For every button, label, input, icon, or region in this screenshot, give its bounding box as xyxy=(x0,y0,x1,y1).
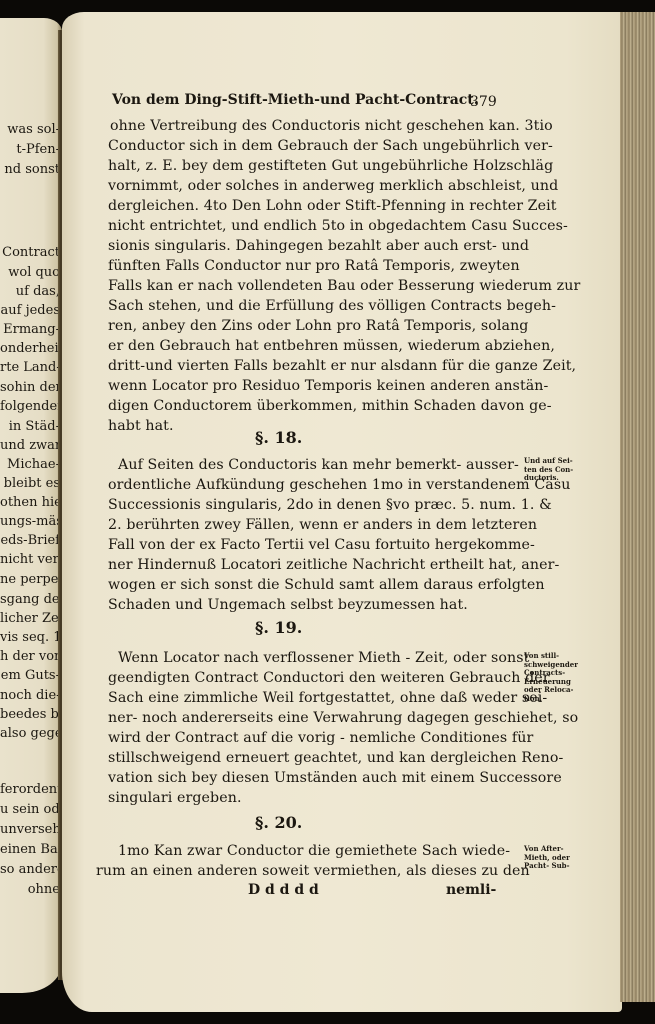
text-line: ren, anbey den Zins oder Lohn pro Ratâ T… xyxy=(108,318,528,334)
margin-note: Von After- Mieth, oder Pacht- Sub- xyxy=(524,845,570,871)
left-page-fragment: em Guts- xyxy=(0,668,60,683)
left-page-fragment: othen hie- xyxy=(0,495,60,510)
left-page-fragment: Michae- xyxy=(0,457,60,472)
left-page-fragment: was sol- xyxy=(0,122,60,137)
margin-note-line: Pacht- Sub- xyxy=(524,862,570,871)
text-line: Fall von der ex Facto Tertii vel Casu fo… xyxy=(108,537,535,553)
section-heading: §. 20. xyxy=(255,813,302,832)
text-line: 2. berührten zwey Fällen, wenn er anders… xyxy=(108,517,537,533)
text-line: Conductor sich in dem Gebrauch der Sach … xyxy=(108,138,553,154)
left-page-fragment: wol quo xyxy=(0,265,60,280)
left-page-fragment: Ermang- xyxy=(0,322,60,337)
text-line: Wenn Locator nach verflossener Mieth - Z… xyxy=(118,650,529,666)
left-page-fragment: nd sonst xyxy=(0,162,60,177)
left-page-fragment: auf jedes xyxy=(0,303,60,318)
section-heading: §. 18. xyxy=(255,428,302,447)
text-line: Successionis singularis, 2do in denen §v… xyxy=(108,497,552,513)
section-heading: §. 19. xyxy=(255,618,302,637)
page-number: 379 xyxy=(470,94,497,110)
left-page-fragment: licher Zeit xyxy=(0,611,60,626)
left-page-fragment: sohin der xyxy=(0,380,60,395)
text-line: wenn Locator pro Residuo Temporis keinen… xyxy=(108,378,548,394)
left-page-fragment: also gege- xyxy=(0,726,60,741)
left-page-fragment: sgang der xyxy=(0,592,60,607)
left-page-fragment: so anderes xyxy=(0,862,60,877)
running-title: Von dem Ding-Stift-Mieth-und Pacht-Contr… xyxy=(112,92,479,108)
left-page-fragment: bleibt es xyxy=(0,476,60,491)
margin-note: Von still- schweigender Contracts- Erneu… xyxy=(524,652,578,703)
left-page-fragment: Contract xyxy=(0,245,60,260)
left-page-fragment: u sein oder xyxy=(0,802,60,817)
text-line: ohne Vertreibung des Conductoris nicht g… xyxy=(110,118,553,134)
text-line: vation sich bey diesen Umständen auch mi… xyxy=(108,770,562,786)
left-page: was sol-t-Pfen-nd sonstContractwol quouf… xyxy=(0,18,62,993)
text-line: wird der Contract auf die vorig - nemlic… xyxy=(108,730,533,746)
text-line: stillschweigend erneuert geachtet, und k… xyxy=(108,750,563,766)
left-page-fragment: uf das, xyxy=(0,284,60,299)
text-line: vornimmt, oder solches in anderweg merkl… xyxy=(108,178,558,194)
text-line: geendigten Contract Conductori den weite… xyxy=(108,670,550,686)
text-line: Auf Seiten des Conductoris kan mehr beme… xyxy=(118,457,519,473)
text-line: dritt-und vierten Falls bezahlt er nur a… xyxy=(108,358,576,374)
margin-note-line: ductoris. xyxy=(524,474,573,483)
text-line: digen Conductorem überkommen, mithin Sch… xyxy=(108,398,552,414)
left-page-fragment: t-Pfen- xyxy=(0,142,60,157)
left-page-fragment: vis seq. 17. xyxy=(0,630,60,645)
left-page-fragment: einen Bau xyxy=(0,842,60,857)
text-line: Schaden und Ungemach selbst beyzumessen … xyxy=(108,597,468,613)
text-line: ner Hindernuß Locatori zeitliche Nachric… xyxy=(108,557,559,573)
left-page-fragment: onderheit xyxy=(0,341,60,356)
text-line: ner- noch andererseits eine Verwahrung d… xyxy=(108,710,578,726)
margin-note-line: tion. xyxy=(524,695,578,704)
left-page-fragment: eds-Brief xyxy=(0,533,60,548)
left-page-fragment: rte Land- xyxy=(0,360,60,375)
text-line: Sach eine zimmliche Weil fortgestattet, … xyxy=(108,690,547,706)
signature-mark: D d d d d xyxy=(248,882,319,898)
left-page-fragment: folgender xyxy=(0,399,60,414)
left-page-fragment: h der von xyxy=(0,649,60,664)
text-line: rum an einen anderen soweit vermiethen, … xyxy=(96,863,530,879)
left-page-fragment: unversehy xyxy=(0,822,60,837)
left-page-fragment: noch die- xyxy=(0,688,60,703)
left-page-fragment: in Städ- xyxy=(0,419,60,434)
left-page-fragment: ungs-mäs- xyxy=(0,514,60,529)
left-page-fragment: ne perpe- xyxy=(0,572,60,587)
left-page-fragment: und zwar xyxy=(0,438,60,453)
text-line: habt hat. xyxy=(108,418,174,434)
text-line: halt, z. E. bey dem gestifteten Gut unge… xyxy=(108,158,553,174)
text-line: fünften Falls Conductor nur pro Ratâ Tem… xyxy=(108,258,520,274)
text-line: nicht entrichtet, und endlich 5to in obg… xyxy=(108,218,568,234)
left-page-fragment: beedes bey xyxy=(0,707,60,722)
text-line: wogen er sich sonst die Schuld samt alle… xyxy=(108,577,545,593)
text-line: dergleichen. 4to Den Lohn oder Stift-Pfe… xyxy=(108,198,557,214)
text-line: Sach stehen, und die Erfüllung des völli… xyxy=(108,298,556,314)
catchword: nemli- xyxy=(446,882,496,898)
margin-note: Und auf Sei- ten des Con- ductoris. xyxy=(524,457,573,483)
text-line: singulari ergeben. xyxy=(108,790,242,806)
left-page-fragment: ohne xyxy=(0,882,60,897)
left-page-fragment: nicht ver- xyxy=(0,552,60,567)
text-line: ordentliche Aufkündung geschehen 1mo in … xyxy=(108,477,570,493)
text-line: 1mo Kan zwar Conductor die gemiethete Sa… xyxy=(118,843,510,859)
text-line: sionis singularis. Dahingegen bezahlt ab… xyxy=(108,238,529,254)
text-line: er den Gebrauch hat entbehren müssen, wi… xyxy=(108,338,555,354)
left-page-fragment: ferordentli- xyxy=(0,782,60,797)
text-line: Falls kan er nach vollendeten Bau oder B… xyxy=(108,278,580,294)
page-edges xyxy=(620,12,655,1002)
